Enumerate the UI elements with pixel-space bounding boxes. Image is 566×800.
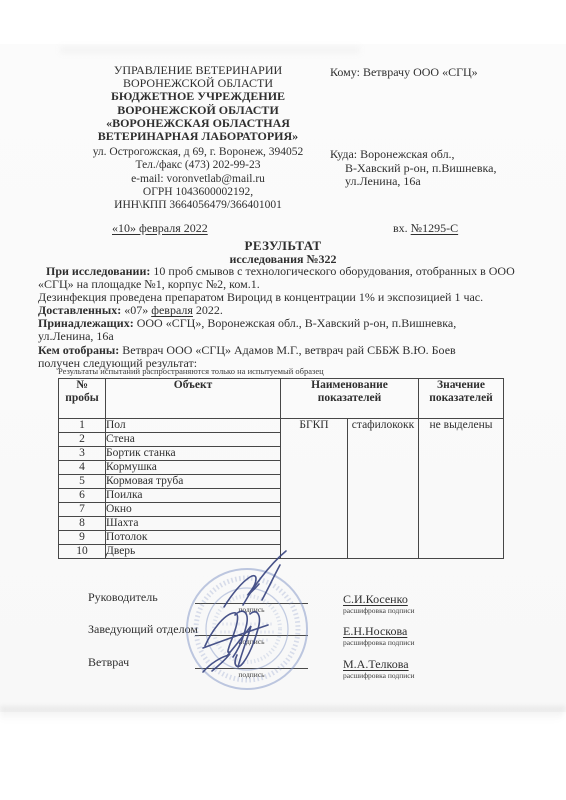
cell-sample-number: 4 [59,461,106,475]
signature-name-caption: расшифровка подписи [343,606,415,615]
cell-sample-number: 6 [59,489,106,503]
paragraph-text: ООО «СГЦ», Воронежская обл., В-Хавский р… [134,316,457,330]
cell-object: Потолок [106,531,281,545]
signature-name: М.А.Телкова [343,657,409,672]
header-line: пробы [59,392,105,405]
cell-indicator-staph: стафилококк [348,419,419,559]
header-sample-number: №пробы [59,379,106,419]
paragraph-text: Дезинфекция проведена препаратом Вироцид… [38,290,483,304]
paper-bottom-edge [0,706,566,722]
signature-caption: подпись [195,637,308,646]
signature-row-head-of-department: Заведующий отделом подпись Е.Н.Носкова р… [0,622,566,656]
cell-object: Кормовая труба [106,475,281,489]
cell-sample-number: 1 [59,419,106,433]
org-email-line: e-mail: voronvetlab@mail.ru [68,173,328,186]
org-ogrn-line: ОГРН 1043600002192, [68,186,328,199]
signature-row-director: Руководитель подпись С.И.Косенко расшифр… [0,590,566,624]
cell-indicator-bgkp: БГКП [281,419,348,559]
signature-row-veterinarian: Ветврач подпись М.А.Телкова расшифровка … [0,655,566,689]
signature-role: Заведующий отделом [88,622,198,637]
cell-sample-number: 3 [59,447,106,461]
signature-role: Руководитель [88,590,158,605]
signature-line [195,635,308,636]
header-line: показателей [419,392,503,405]
header-object: Объект [106,379,281,419]
paragraph-text-underlined: февраля [151,303,193,317]
header-indicator-value: Значениепоказателей [419,379,504,419]
signature-line [195,668,308,669]
org-name-line: БЮДЖЕТНОЕ УЧРЕЖДЕНИЕ [68,90,328,103]
signature-caption: подпись [195,670,308,679]
scan-artifact-top [60,46,360,54]
cell-object: Дверь [106,545,281,559]
table-header-row: №пробы Объект Наименованиепоказателей Зн… [59,379,504,419]
signature-name: С.И.Косенко [343,592,408,607]
recipient-where-line: ул.Ленина, 16а [330,175,496,189]
paragraph-text: «СГЦ» на площадке №1, корпус №2, ком.1. [38,277,260,291]
body-text: При исследовании: 10 проб смывов с техно… [38,265,532,370]
org-name-line: ВЕТЕРИНАРНАЯ ЛАБОРАТОРИЯ» [68,130,328,143]
incoming-number: вх. №1295-С [393,221,458,236]
cell-object: Стена [106,433,281,447]
org-address-block: ул. Острогожская, д 69, г. Воронеж, 3940… [68,146,328,212]
header-line: показателей [281,392,418,405]
paragraph-label: Кем отобраны: [38,343,119,357]
table-row: 1 Пол БГКП стафилококк не выделены [59,419,504,433]
sender-org-block: УПРАВЛЕНИЕ ВЕТЕРИНАРИИ ВОРОНЕЖСКОЙ ОБЛАС… [68,64,328,212]
cell-object: Бортик станка [106,447,281,461]
header-line: Значение [419,379,503,392]
results-table: №пробы Объект Наименованиепоказателей Зн… [58,378,504,559]
recipient-where-line: В-Хавский р-он, п.Вишневка, [330,162,496,176]
paragraph-belonging: Принадлежащих: ООО «СГЦ», Воронежская об… [38,317,532,343]
document-page: УПРАВЛЕНИЕ ВЕТЕРИНАРИИ ВОРОНЕЖСКОЙ ОБЛАС… [0,0,566,800]
cell-object: Кормушка [106,461,281,475]
paragraph-text: ул.Ленина, 16а [38,329,114,343]
paragraph-text: 2022. [193,303,223,317]
cell-sample-number: 8 [59,517,106,531]
cell-sample-number: 9 [59,531,106,545]
cell-result-value: не выделены [419,419,504,559]
signature-name-caption: расшифровка подписи [343,638,415,647]
signature-name-caption: расшифровка подписи [343,671,415,680]
cell-sample-number: 7 [59,503,106,517]
recipient-where-line: Куда: Воронежская обл., [330,148,496,162]
cell-object: Пол [106,419,281,433]
incoming-number-value: №1295-С [411,221,458,235]
incoming-number-label: вх. [393,221,411,235]
org-address-line: ул. Острогожская, д 69, г. Воронеж, 3940… [68,146,328,159]
signature-line [195,603,308,604]
paragraph-label: При исследовании: [46,264,150,278]
cell-object: Окно [106,503,281,517]
paragraph-label: Принадлежащих: [38,316,134,330]
cell-sample-number: 2 [59,433,106,447]
header-indicator-name: Наименованиепоказателей [281,379,419,419]
org-phone-line: Тел./факс (473) 202-99-23 [68,159,328,172]
paragraph-text: «07» [121,303,151,317]
cell-sample-number: 10 [59,545,106,559]
title-block: РЕЗУЛЬТАТ исследования №322 [0,239,566,266]
header-line: № [59,379,105,392]
paragraph-text: Ветврач ООО «СГЦ» Адамов М.Г., ветврач р… [119,343,455,357]
results-disclaimer: Результаты испытаний распространяются то… [58,366,324,376]
recipient-where-block: Куда: Воронежская обл., В-Хавский р-он, … [330,148,496,189]
header-line: Наименование [281,379,418,392]
signature-role: Ветврач [88,655,129,670]
recipient-to-line: Кому: Ветврачу ООО «СГЦ» [330,66,478,80]
paragraph-research: При исследовании: 10 проб смывов с техно… [38,265,532,291]
signature-caption: подпись [195,605,308,614]
org-name-line: ВОРОНЕЖСКОЙ ОБЛАСТИ [68,104,328,117]
cell-sample-number: 5 [59,475,106,489]
paragraph-text: 10 проб смывов с технологического оборуд… [150,264,514,278]
cell-object: Поилка [106,489,281,503]
cell-object: Шахта [106,517,281,531]
signature-name: Е.Н.Носкова [343,624,407,639]
document-title: РЕЗУЛЬТАТ [0,239,566,252]
document-date: «10» февраля 2022 [112,221,208,236]
org-inn-line: ИНН\КПП 3664056479/366401001 [68,199,328,212]
paragraph-label: Доставленных: [38,303,121,317]
